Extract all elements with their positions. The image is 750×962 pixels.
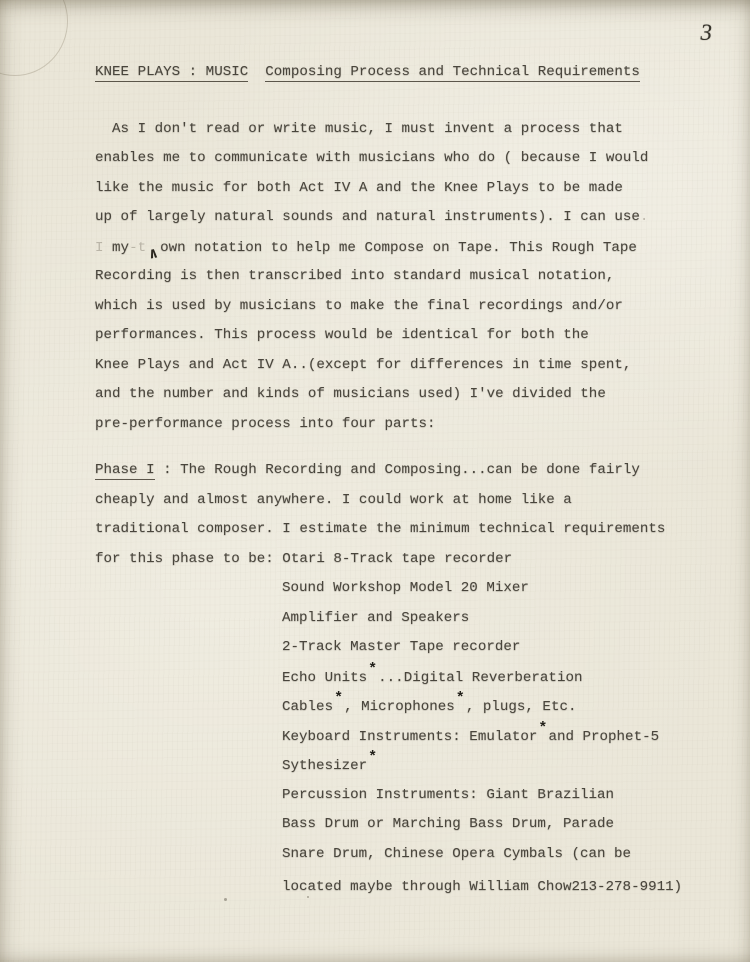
text-segment: Snare Drum, Chinese Opera Cymbals (can b… bbox=[282, 846, 631, 862]
text-line: enables me to communicate with musicians… bbox=[95, 144, 695, 174]
faded-text: -t bbox=[129, 240, 146, 256]
text-segment: own notation to help me Compose on Tape.… bbox=[160, 240, 637, 256]
text-segment: enables me to communicate with musicians… bbox=[95, 150, 648, 166]
document-page: 3 KNEE PLAYS : MUSIC Composing Process a… bbox=[0, 0, 750, 962]
text-line: Phase I : The Rough Recording and Compos… bbox=[95, 456, 695, 486]
text-segment: located maybe through William Chow213-27… bbox=[282, 879, 682, 895]
text-segment: Sound Workshop Model 20 Mixer bbox=[282, 580, 529, 596]
asterisk-mark: * bbox=[368, 655, 377, 685]
underlined-text: Phase I bbox=[95, 462, 155, 480]
typed-content: KNEE PLAYS : MUSIC Composing Process and… bbox=[95, 58, 695, 903]
text-segment: and Prophet-5 bbox=[548, 729, 659, 745]
text-segment: pre-performance process into four parts: bbox=[95, 416, 436, 432]
text-segment: up of largely natural sounds and natural… bbox=[95, 209, 640, 225]
page-curl-crease bbox=[0, 0, 68, 76]
text-segment: Cables bbox=[282, 699, 333, 715]
faded-text: I bbox=[95, 240, 112, 256]
text-segment: cheaply and almost anywhere. I could wor… bbox=[95, 492, 572, 508]
text-line: As I don't read or write music, I must i… bbox=[95, 115, 695, 145]
ink-speck bbox=[224, 898, 227, 901]
underlined-text: Composing Process and Technical Requirem… bbox=[265, 64, 640, 82]
phase-1-paragraph: Phase I : The Rough Recording and Compos… bbox=[95, 456, 695, 574]
text-segment: for this phase to be: Otari 8-Track tape… bbox=[95, 551, 512, 567]
intro-paragraph: As I don't read or write music, I must i… bbox=[95, 115, 695, 440]
text-segment: and the number and kinds of musicians us… bbox=[95, 386, 606, 402]
asterisk-mark: * bbox=[368, 743, 377, 773]
text-line: Keyboard Instruments: Emulator*and Proph… bbox=[95, 722, 695, 752]
text-segment bbox=[248, 64, 265, 80]
text-line: for this phase to be: Otari 8-Track tape… bbox=[95, 545, 695, 575]
text-line: located maybe through William Chow213-27… bbox=[95, 873, 695, 903]
text-segment: performances. This process would be iden… bbox=[95, 327, 589, 343]
text-line: Cables*, Microphones*, plugs, Etc. bbox=[95, 692, 695, 722]
text-line: Amplifier and Speakers bbox=[95, 604, 695, 634]
text-line: Sythesizer* bbox=[95, 751, 695, 781]
text-line: I my-t∧own notation to help me Compose o… bbox=[95, 233, 695, 263]
text-line: performances. This process would be iden… bbox=[95, 321, 695, 351]
text-line: Percussion Instruments: Giant Brazilian bbox=[95, 781, 695, 811]
text-segment: As I don't read or write music, I must i… bbox=[95, 121, 623, 137]
equipment-list: Sound Workshop Model 20 MixerAmplifier a… bbox=[95, 574, 695, 903]
text-line: Echo Units*...Digital Reverberation bbox=[95, 663, 695, 693]
underlined-text: KNEE PLAYS : MUSIC bbox=[95, 64, 248, 82]
text-segment: Keyboard Instruments: Emulator bbox=[282, 729, 537, 745]
text-segment: like the music for both Act IV A and the… bbox=[95, 180, 623, 196]
text-segment: : The Rough Recording and Composing...ca… bbox=[155, 462, 640, 478]
text-line: like the music for both Act IV A and the… bbox=[95, 174, 695, 204]
asterisk-mark: * bbox=[334, 684, 343, 714]
text-line: KNEE PLAYS : MUSIC Composing Process and… bbox=[95, 58, 695, 88]
text-line: 2-Track Master Tape recorder bbox=[95, 633, 695, 663]
text-segment: 2-Track Master Tape recorder bbox=[282, 639, 520, 655]
text-line: Bass Drum or Marching Bass Drum, Parade bbox=[95, 810, 695, 840]
text-line: Snare Drum, Chinese Opera Cymbals (can b… bbox=[95, 840, 695, 870]
text-segment: Echo Units bbox=[282, 670, 367, 686]
text-line: Sound Workshop Model 20 Mixer bbox=[95, 574, 695, 604]
title-block: KNEE PLAYS : MUSIC Composing Process and… bbox=[95, 58, 695, 88]
text-line: which is used by musicians to make the f… bbox=[95, 292, 695, 322]
text-segment: Knee Plays and Act IV A..(except for dif… bbox=[95, 357, 631, 373]
text-segment: , Microphones bbox=[344, 699, 455, 715]
text-segment: ...Digital Reverberation bbox=[378, 670, 582, 686]
ink-speck bbox=[307, 896, 309, 898]
text-line: traditional composer. I estimate the min… bbox=[95, 515, 695, 545]
text-segment: Recording is then transcribed into stand… bbox=[95, 268, 614, 284]
text-segment: Amplifier and Speakers bbox=[282, 610, 469, 626]
text-segment: traditional composer. I estimate the min… bbox=[95, 521, 665, 537]
text-segment: which is used by musicians to make the f… bbox=[95, 298, 623, 314]
text-line: cheaply and almost anywhere. I could wor… bbox=[95, 486, 695, 516]
text-line: Knee Plays and Act IV A..(except for dif… bbox=[95, 351, 695, 381]
faded-text: . bbox=[640, 209, 649, 225]
text-segment: my bbox=[112, 240, 129, 256]
text-line: pre-performance process into four parts: bbox=[95, 410, 695, 440]
text-segment: Bass Drum or Marching Bass Drum, Parade bbox=[282, 816, 614, 832]
text-line: Recording is then transcribed into stand… bbox=[95, 262, 695, 292]
text-segment: Percussion Instruments: Giant Brazilian bbox=[282, 787, 614, 803]
asterisk-mark: * bbox=[456, 684, 465, 714]
text-segment: , plugs, Etc. bbox=[466, 699, 577, 715]
text-segment: Sythesizer bbox=[282, 758, 367, 774]
text-line: and the number and kinds of musicians us… bbox=[95, 380, 695, 410]
text-line: up of largely natural sounds and natural… bbox=[95, 203, 695, 233]
asterisk-mark: * bbox=[538, 714, 547, 744]
page-number: 3 bbox=[701, 20, 713, 46]
